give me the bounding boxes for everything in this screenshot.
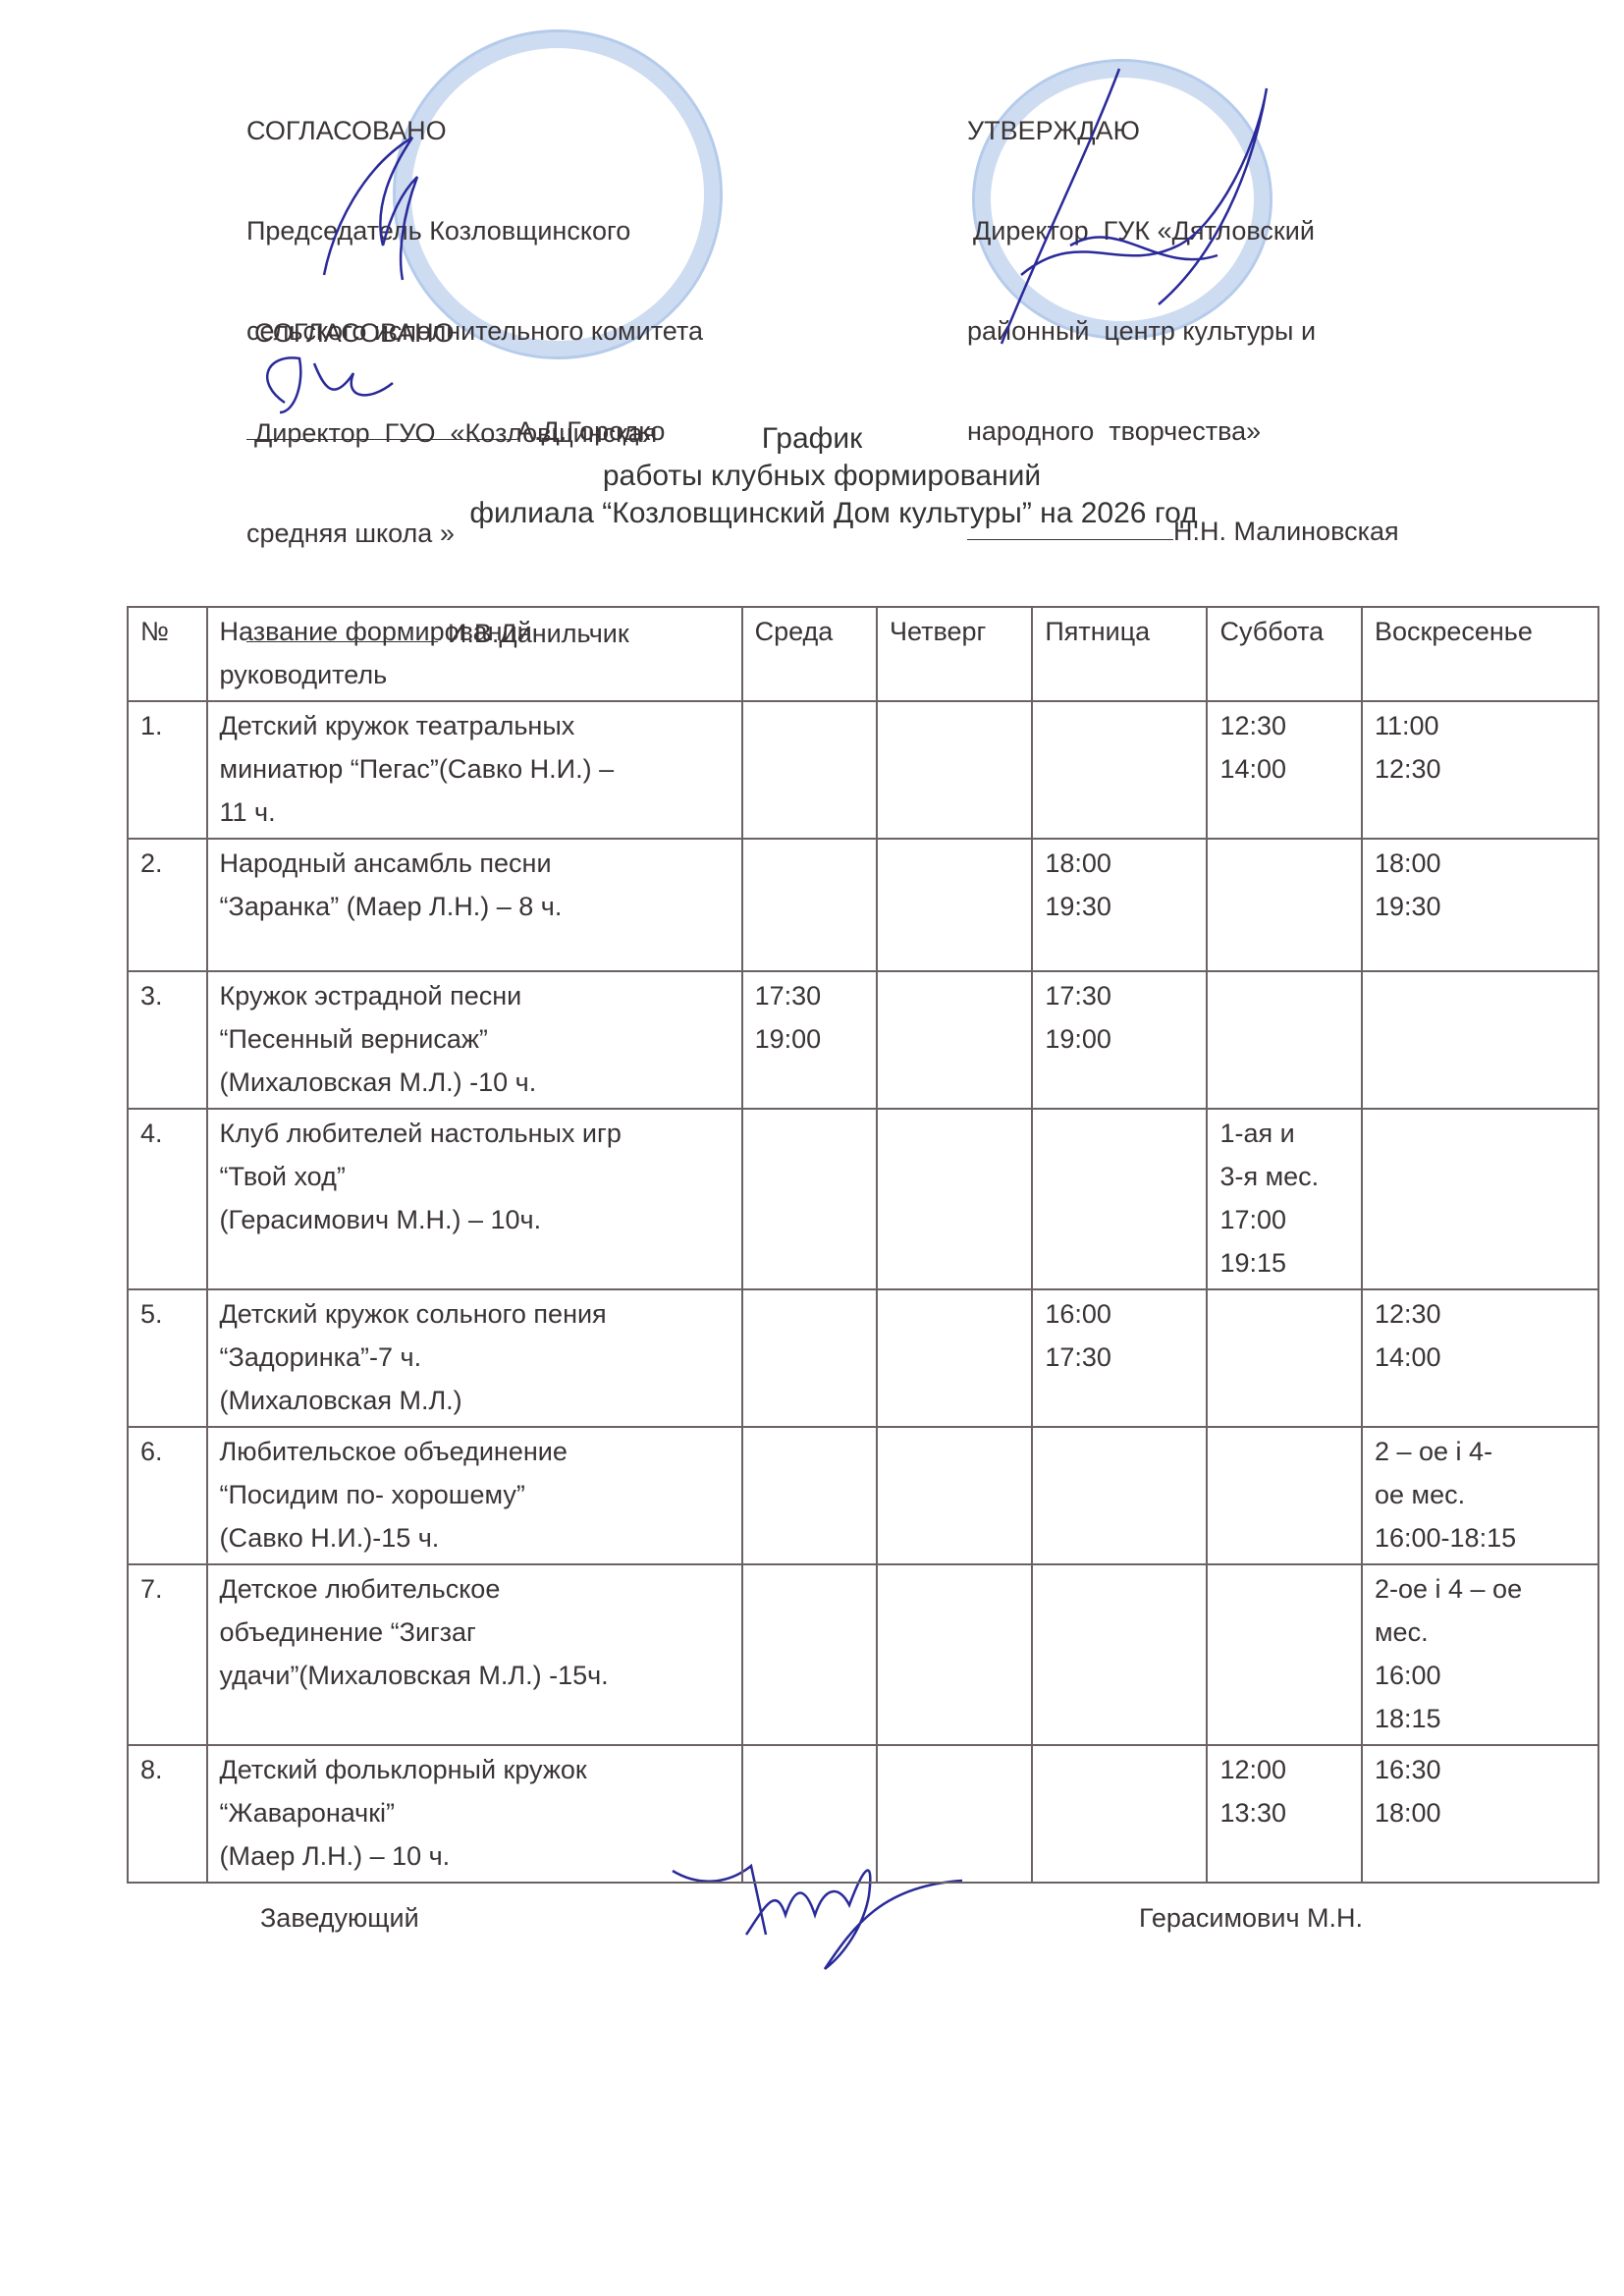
header-name: Название формирований руководитель <box>207 607 742 701</box>
cell-wednesday: 17:30 19:00 <box>742 971 877 1109</box>
row-number: 2. <box>128 839 207 971</box>
row-name: Детский кружок сольного пения “Задоринка… <box>207 1289 742 1427</box>
table-row: 4.Клуб любителей настольных игр “Твой хо… <box>128 1109 1598 1289</box>
table-row: 1.Детский кружок театральных миниатюр “П… <box>128 701 1598 839</box>
signature-malinovskaya <box>962 49 1286 363</box>
cell-friday <box>1032 1564 1207 1745</box>
cell-wednesday <box>742 1427 877 1564</box>
cell-wednesday <box>742 1109 877 1289</box>
title-line-3: филиала “Козловщинский Дом культуры” на … <box>0 495 1624 532</box>
cell-wednesday <box>742 1564 877 1745</box>
cell-sunday: 11:00 12:30 <box>1362 701 1598 839</box>
cell-sunday: 12:30 14:00 <box>1362 1289 1598 1427</box>
cell-sunday: 16:30 18:00 <box>1362 1745 1598 1883</box>
row-name: Любительское объединение “Посидим по- хо… <box>207 1427 742 1564</box>
cell-friday <box>1032 1109 1207 1289</box>
table-row: 8.Детский фольклорный кружок “Жавароначк… <box>128 1745 1598 1883</box>
cell-sunday: 18:00 19:30 <box>1362 839 1598 971</box>
cell-thursday <box>877 1109 1032 1289</box>
title-line-2: работы клубных формирований <box>0 458 1624 495</box>
cell-saturday <box>1207 1289 1362 1427</box>
header-wednesday: Среда <box>742 607 877 701</box>
row-number: 6. <box>128 1427 207 1564</box>
header-saturday: Суббота <box>1207 607 1362 701</box>
row-number: 5. <box>128 1289 207 1427</box>
cell-thursday <box>877 1564 1032 1745</box>
header-friday: Пятница <box>1032 607 1207 701</box>
cell-saturday <box>1207 1427 1362 1564</box>
cell-friday: 17:30 19:00 <box>1032 971 1207 1109</box>
row-name: Детский фольклорный кружок “Жавароначкі”… <box>207 1745 742 1883</box>
schedule-table: № Название формирований руководитель Сре… <box>127 606 1599 1884</box>
cell-saturday <box>1207 839 1362 971</box>
cell-thursday <box>877 839 1032 971</box>
cell-friday <box>1032 1427 1207 1564</box>
cell-wednesday <box>742 701 877 839</box>
cell-friday <box>1032 1745 1207 1883</box>
table-row: 7.Детское любительское объединение “Зигз… <box>128 1564 1598 1745</box>
footer-name: Герасимович М.Н. <box>1139 1903 1363 1934</box>
cell-friday: 16:00 17:30 <box>1032 1289 1207 1427</box>
document-title: График работы клубных формирований филиа… <box>0 420 1624 532</box>
signature-danilchik <box>245 344 412 422</box>
row-name: Кружок эстрадной песни “Песенный верниса… <box>207 971 742 1109</box>
row-number: 1. <box>128 701 207 839</box>
header-number: № <box>128 607 207 701</box>
cell-sunday <box>1362 971 1598 1109</box>
table-row: 6.Любительское объединение “Посидим по- … <box>128 1427 1598 1564</box>
row-number: 8. <box>128 1745 207 1883</box>
cell-friday <box>1032 701 1207 839</box>
cell-saturday: 12:30 14:00 <box>1207 701 1362 839</box>
cell-wednesday <box>742 1745 877 1883</box>
header-sunday: Воскресенье <box>1362 607 1598 701</box>
row-number: 3. <box>128 971 207 1109</box>
cell-friday: 18:00 19:30 <box>1032 839 1207 971</box>
row-name: Клуб любителей настольных игр “Твой ход”… <box>207 1109 742 1289</box>
cell-saturday: 1-ая и 3-я мес. 17:00 19:15 <box>1207 1109 1362 1289</box>
cell-saturday: 12:00 13:30 <box>1207 1745 1362 1883</box>
cell-thursday <box>877 1427 1032 1564</box>
row-number: 7. <box>128 1564 207 1745</box>
signature-gorodko <box>304 108 461 285</box>
cell-thursday <box>877 1289 1032 1427</box>
cell-sunday: 2 – ое і 4- ое мес. 16:00-18:15 <box>1362 1427 1598 1564</box>
table-header-row: № Название формирований руководитель Сре… <box>128 607 1598 701</box>
row-name: Народный ансамбль песни “Заранка” (Маер … <box>207 839 742 971</box>
cell-thursday <box>877 971 1032 1109</box>
cell-sunday <box>1362 1109 1598 1289</box>
cell-saturday <box>1207 1564 1362 1745</box>
row-number: 4. <box>128 1109 207 1289</box>
row-name: Детский кружок театральных миниатюр “Пег… <box>207 701 742 839</box>
cell-sunday: 2-ое і 4 – ое мес. 16:00 18:15 <box>1362 1564 1598 1745</box>
cell-saturday <box>1207 971 1362 1109</box>
header-thursday: Четверг <box>877 607 1032 701</box>
footer-position: Заведующий <box>260 1903 419 1934</box>
table-row: 2.Народный ансамбль песни “Заранка” (Мае… <box>128 839 1598 971</box>
table-row: 5.Детский кружок сольного пения “Задорин… <box>128 1289 1598 1427</box>
cell-wednesday <box>742 1289 877 1427</box>
cell-thursday <box>877 1745 1032 1883</box>
row-name: Детское любительское объединение “Зигзаг… <box>207 1564 742 1745</box>
title-line-1: График <box>0 420 1624 458</box>
table-row: 3.Кружок эстрадной песни “Песенный верни… <box>128 971 1598 1109</box>
cell-thursday <box>877 701 1032 839</box>
cell-wednesday <box>742 839 877 971</box>
